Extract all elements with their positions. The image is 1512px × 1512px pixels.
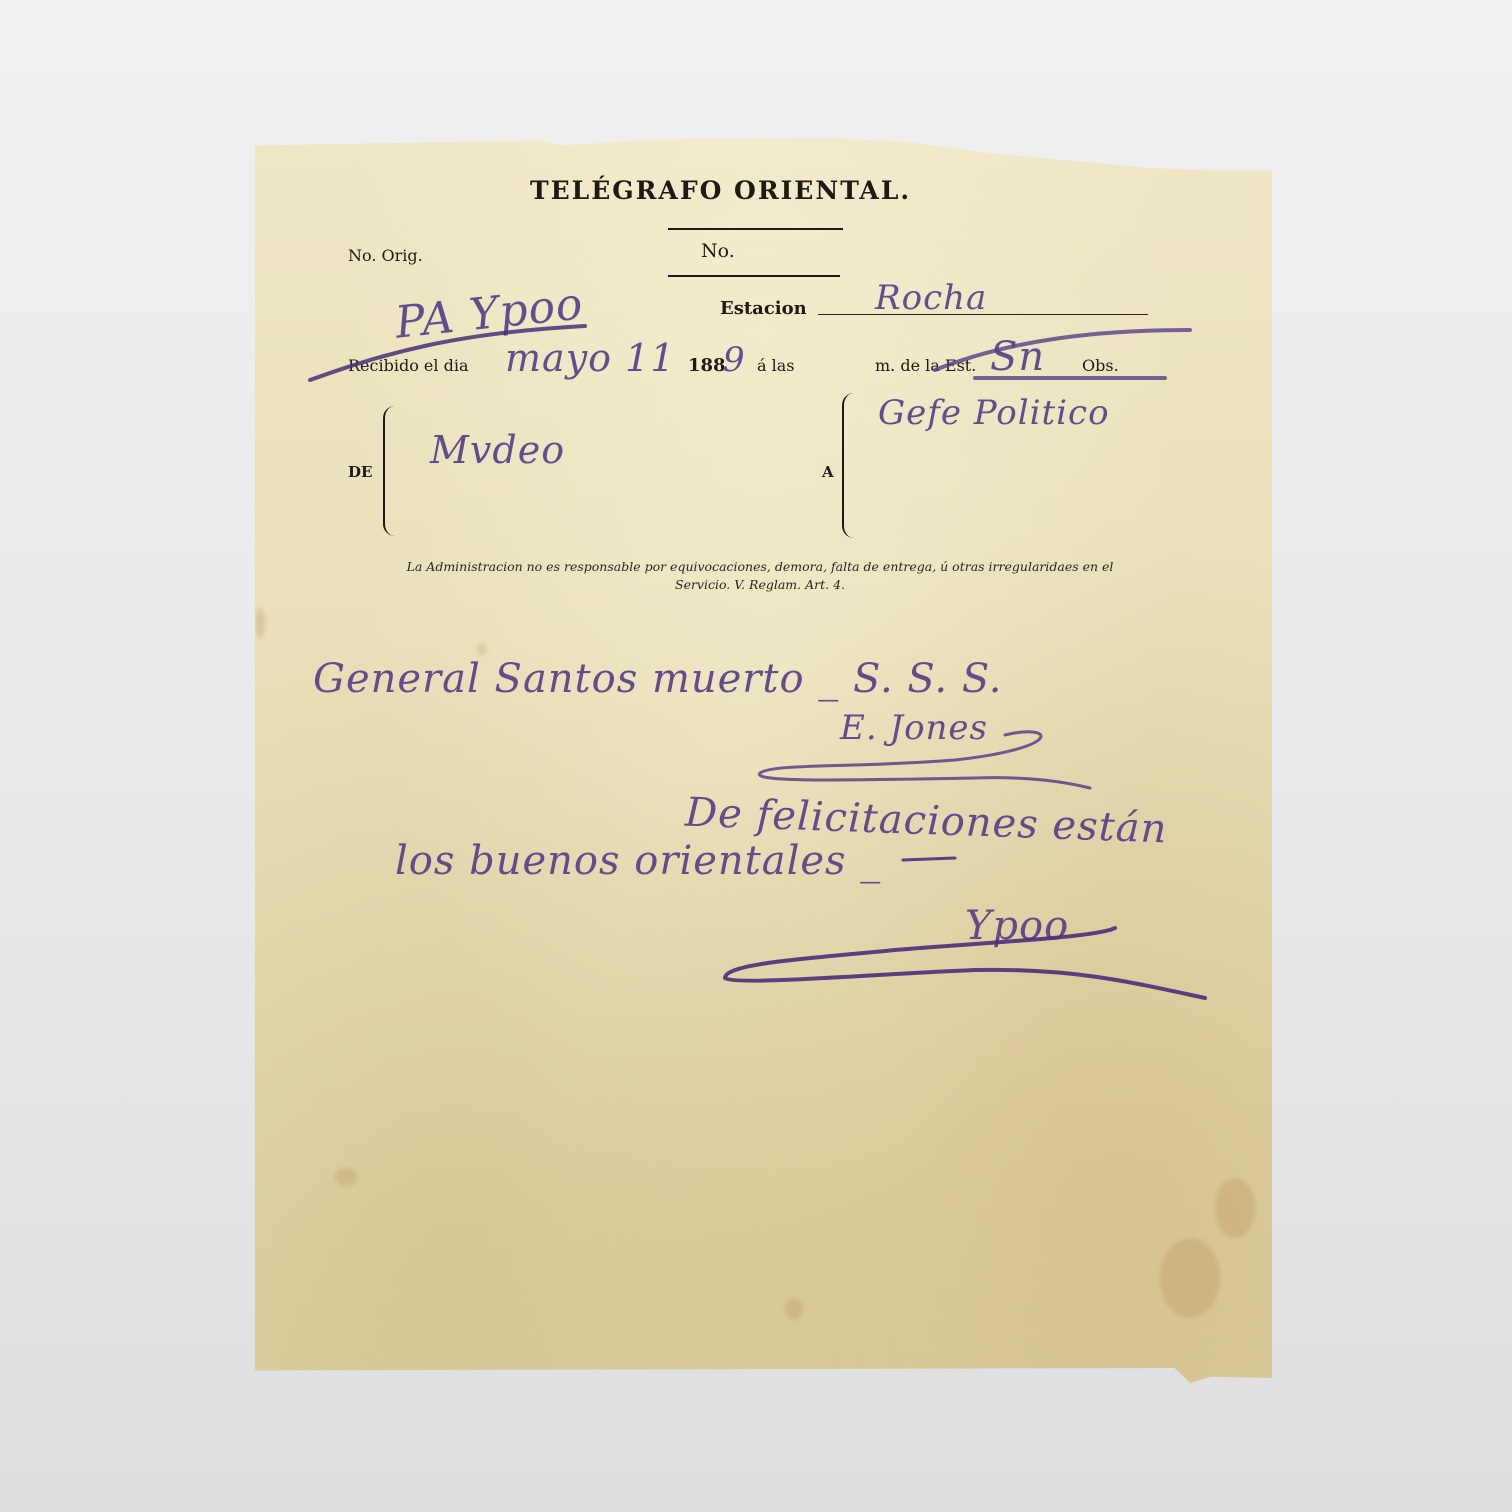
recibido-label: Recibido el dia bbox=[348, 356, 468, 375]
estacion-label: Estacion bbox=[720, 298, 807, 319]
number-top-rule bbox=[668, 228, 843, 230]
disclaimer: La Administracion no es responsable por … bbox=[360, 558, 1160, 594]
signature-jones: E. Jones bbox=[840, 708, 988, 748]
year-printed: 188 bbox=[688, 355, 726, 376]
message-line-1: General Santos muerto _ S. S. S. bbox=[313, 656, 1003, 702]
paper-stain bbox=[335, 1168, 357, 1186]
obs-label: Obs. bbox=[1082, 356, 1119, 375]
paper-stain bbox=[785, 1298, 803, 1320]
a-brace bbox=[842, 393, 862, 538]
de-label: DE bbox=[348, 463, 372, 481]
disclaimer-line-1: La Administracion no es responsable por … bbox=[360, 558, 1160, 576]
a-label: A bbox=[822, 463, 834, 481]
message-line-3: los buenos orientales _ bbox=[395, 838, 881, 884]
paper-stain bbox=[477, 643, 487, 655]
disclaimer-line-2: Servicio. V. Reglam. Art. 4. bbox=[360, 576, 1160, 594]
year-handwritten: 9 bbox=[723, 340, 746, 380]
received-date: mayo 11 bbox=[505, 336, 675, 380]
a-value: Gefe Politico bbox=[878, 393, 1110, 433]
a-las-label: á las bbox=[757, 356, 795, 375]
de-brace bbox=[383, 406, 403, 536]
de-value: Mvdeo bbox=[430, 428, 565, 472]
paper-stain bbox=[255, 608, 265, 638]
est-value: Sn bbox=[990, 334, 1045, 380]
paper-stain bbox=[1215, 1178, 1255, 1238]
document-title: TELÉGRAFO ORIENTAL. bbox=[530, 176, 911, 205]
estacion-value: Rocha bbox=[875, 278, 987, 318]
m-de-la-est-label: m. de la Est. bbox=[875, 356, 976, 375]
number-bottom-rule bbox=[668, 275, 840, 277]
paper-stain bbox=[1160, 1238, 1220, 1318]
signature-ypoo: Ypoo bbox=[965, 903, 1069, 949]
no-orig-label: No. Orig. bbox=[348, 246, 423, 265]
orientales-dash bbox=[903, 858, 955, 860]
telegram-paper: TELÉGRAFO ORIENTAL. No. Orig. No. PA Ypo… bbox=[255, 138, 1272, 1388]
number-label: No. bbox=[701, 240, 735, 262]
